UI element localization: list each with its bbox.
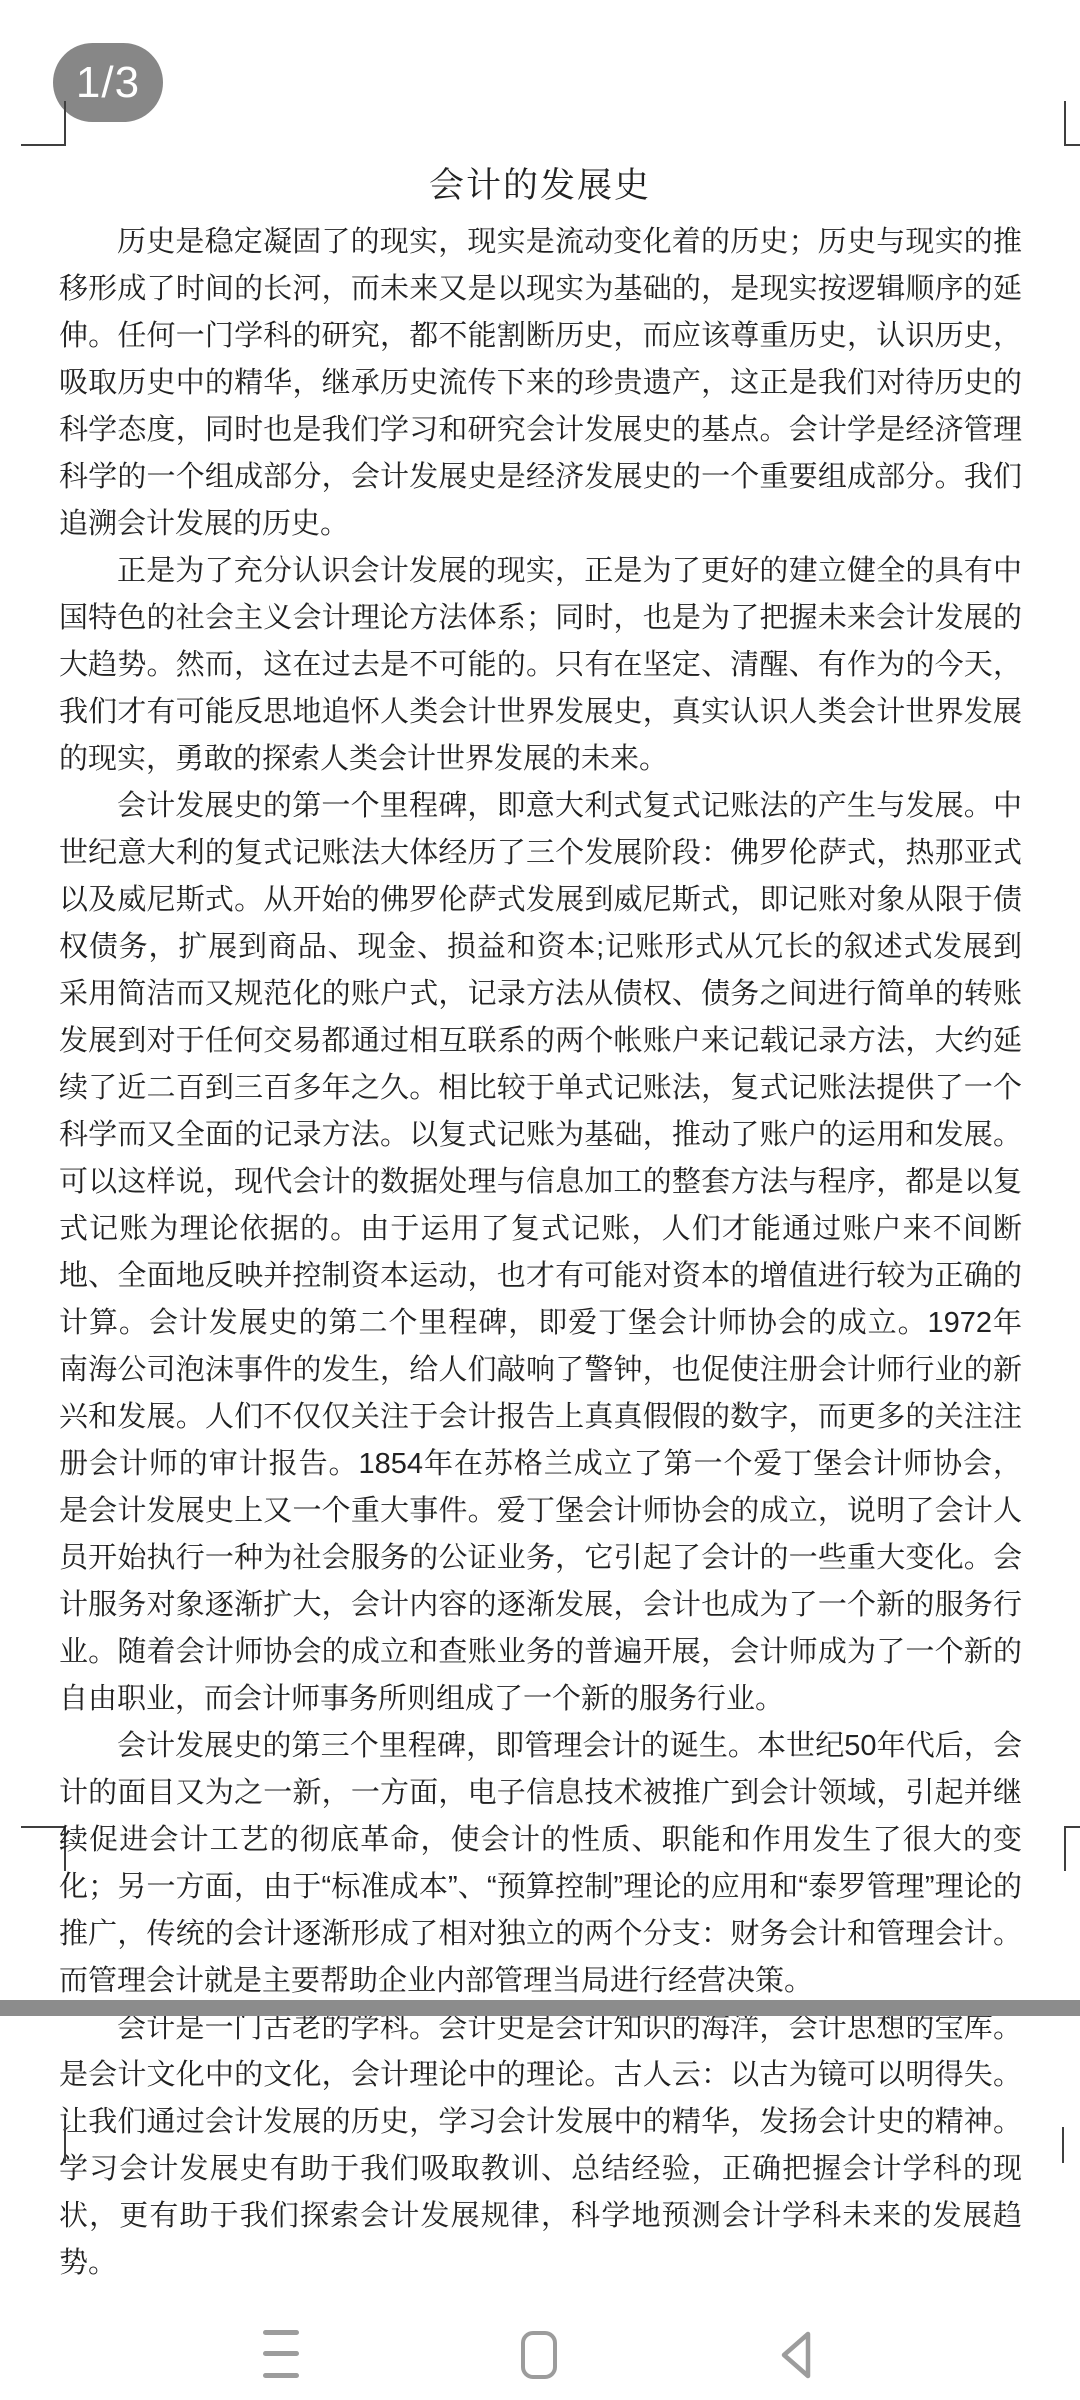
menu-button[interactable] bbox=[236, 2310, 326, 2400]
android-navigation-bar bbox=[0, 2310, 1080, 2400]
menu-icon bbox=[263, 2330, 299, 2378]
document-paragraph: 会计是一门古老的学科。会计史是会计知识的海洋，会计思想的宝库。是会计文化中的文化… bbox=[59, 2005, 1022, 2287]
home-button[interactable] bbox=[494, 2310, 584, 2400]
back-icon bbox=[777, 2329, 817, 2381]
document-viewer-screen: 1/3 会计的发展史 历史是稳定凝固了的现实，现实是流动变化着的历史；历史与现实… bbox=[0, 0, 1080, 2400]
document-paragraph: 历史是稳定凝固了的现实，现实是流动变化着的历史；历史与现实的推移形成了时间的长河… bbox=[59, 219, 1022, 548]
document-paragraph: 正是为了充分认识会计发展的现实，正是为了更好的建立健全的具有中国特色的社会主义会… bbox=[59, 548, 1022, 783]
margin-corner-mark-top-right bbox=[1064, 101, 1080, 146]
document-paragraph: 会计发展史的第一个里程碑，即意大利式复式记账法的产生与发展。中世纪意大利的复式记… bbox=[59, 783, 1022, 1723]
page2-margin-mark-right bbox=[1062, 2127, 1064, 2163]
margin-corner-mark-bottom-right bbox=[1064, 1826, 1080, 1871]
page-indicator-badge: 1/3 bbox=[53, 43, 163, 122]
page-gap-divider bbox=[0, 2000, 1080, 2016]
back-button[interactable] bbox=[752, 2310, 842, 2400]
home-icon bbox=[521, 2331, 557, 2379]
document-title: 会计的发展史 bbox=[0, 158, 1080, 208]
margin-corner-mark-top-left bbox=[21, 101, 66, 146]
page2-margin-mark-left bbox=[64, 2127, 66, 2163]
document-body: 历史是稳定凝固了的现实，现实是流动变化着的历史；历史与现实的推移形成了时间的长河… bbox=[59, 219, 1022, 2287]
document-paragraph: 会计发展史的第三个里程碑，即管理会计的诞生。本世纪50年代后，会计的面目又为之一… bbox=[59, 1723, 1022, 2005]
